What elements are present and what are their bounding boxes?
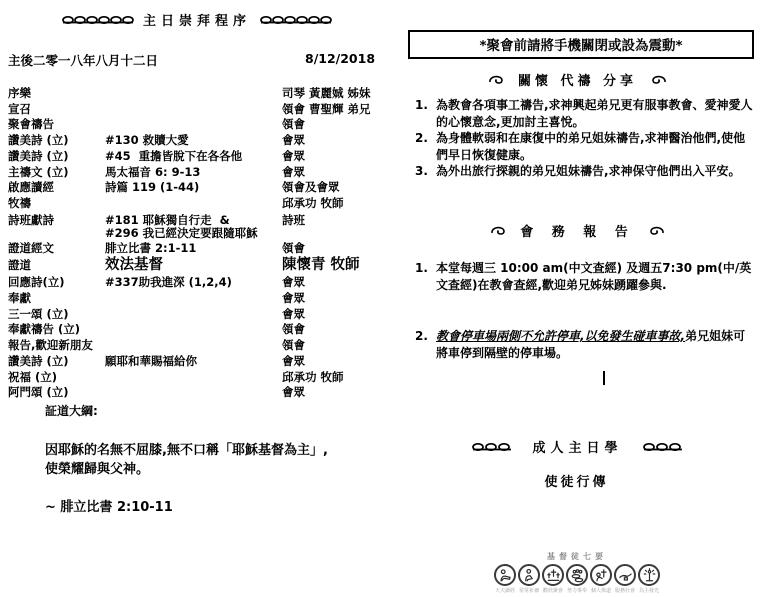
chain-ornament-icon [643,442,683,452]
date-numeric: 8/12/2018 [305,51,375,66]
program-row: 奉獻禱告 (立)領會 [8,322,396,338]
program-row: 宣召領會 曹聖輝 弟兄 [8,102,396,118]
leaf-ornament-icon [489,75,504,85]
sermon-outline-heading: 証道大綱: [45,402,390,419]
logo-caption: 歡欣聚會 [542,587,564,594]
announcement-item-2: 2. 教會停車場兩側不允許停車,以免發生碰車事故,弟兄姐妹可將車停到隔壁的停車場… [415,328,757,361]
program-row: 報告,歡迎新朋友領會 [8,338,396,354]
right-column: *聚會前請將手機關閉或設為震動* 關懷 代禱 分享 1.為教會各項事工禱告,求神… [405,0,758,597]
program-row: 序樂司琴 黃麗娍 姊妹 [8,86,396,102]
program-row: 阿門頌 (立)會眾 [8,385,396,401]
logo-caption: 為主發光 [638,587,660,594]
leaf-ornament-icon [491,226,506,236]
care-item: 1.為教會各項事工禱告,求神興起弟兄更有服事教會、愛神愛人的心懷意念,更加討主喜… [415,97,757,130]
chain-ornament-icon [260,15,332,25]
church-bulletin-page: 主日崇拜程序 主後二零一八年八月十二日 8/12/2018 序樂司琴 黃麗娍 姊… [0,0,760,597]
shining-light-icon [638,564,660,586]
logo-caption: 常常祈禱 [518,587,540,594]
program-row: 奉獻會眾 [8,291,396,307]
parking-warning-emphasis: 教會停車場兩側不允許停車,以免發生碰車事故, [436,329,685,343]
logo-caption: 努力事奉 [566,587,588,594]
bible-reading-icon [494,564,516,586]
announcement-item-1: 1.本堂每週三 10:00 am(中文查經) 及週五7:30 pm(中/英文查經… [415,260,757,293]
sermon-outline-section: 証道大綱: 因耶穌的名無不屈膝,無不口稱「耶穌基督為主」, 使榮耀歸與父神。 ~… [45,402,390,515]
program-row: 祝福 (立)邱承功 牧師 [8,370,396,386]
sermon-outline-reference: ~ 腓立比書 2:10-11 [45,496,390,515]
logo-caption: 個人佈道 [590,587,612,594]
logo-captions-row: 天天讀經 常常祈禱 歡欣聚會 努力事奉 個人佈道 服務社會 為主發光 [478,587,676,594]
sunday-school-topic: 使徒行傳 [405,471,748,490]
chain-ornament-icon [62,15,134,25]
logo-caption: 天天讀經 [494,587,516,594]
offering-icon [566,564,588,586]
care-section-heading: 關懷 代禱 分享 [405,70,750,89]
worship-program-list: 序樂司琴 黃麗娍 姊妹 宣召領會 曹聖輝 弟兄 聚會禱告領會 讚美詩 (立)#1… [8,86,396,401]
care-items-list: 1.為教會各項事工禱告,求神興起弟兄更有服事教會、愛神愛人的心懷意念,更加討主喜… [415,97,757,180]
logo-caption: 服務社會 [614,587,636,594]
seven-essentials-logo: 基督徒七要 [478,551,676,594]
program-row: 三一頌 (立)會眾 [8,307,396,323]
chain-ornament-icon [472,442,512,452]
leaf-ornament-icon [651,75,666,85]
announcements-heading: 會 務 報 告 [405,221,750,240]
program-row: 啟應讀經詩篇 119 (1-44)領會及會眾 [8,180,396,196]
program-row: 證道經文腓立比書 2:1-11領會 [8,241,396,257]
phone-notice-box: *聚會前請將手機關閉或設為震動* [408,30,754,59]
program-row: 主禱文 (立)馬太福音 6: 9-13會眾 [8,165,396,181]
prayer-icon [518,564,540,586]
service-icon [614,564,636,586]
care-item: 2.為身體軟弱和在康復中的弟兄姐妹禱告,求神醫治他們,使他們早日恢復健康。 [415,130,757,163]
program-row: 讚美詩 (立)願耶和華賜福給你會眾 [8,354,396,370]
evangelism-icon [590,564,612,586]
logo-icons-row [478,564,676,586]
date-chinese: 主後二零一八年八月十二日 [8,53,158,68]
leaf-ornament-icon [649,226,664,236]
program-row: 聚會禱告領會 [8,117,396,133]
program-row: 讚美詩 (立)#130 救贖大愛會眾 [8,133,396,149]
bulletin-title-row: 主日崇拜程序 [0,10,394,29]
sermon-outline-body: 因耶穌的名無不屈膝,無不口稱「耶穌基督為主」, 使榮耀歸與父神。 [45,441,390,479]
care-item: 3.為外出旅行探親的弟兄姐妹禱告,求神保守他們出入平安。 [415,163,757,180]
program-row: 回應詩(立)#337助我進深 (1,2,4)會眾 [8,275,396,291]
program-row-sermon: 證道效法基督陳懷青 牧師 [8,256,396,275]
gathering-icon [542,564,564,586]
page-title: 主日崇拜程序 [143,10,251,29]
text-cursor-artifact [603,371,605,385]
program-row: 讚美詩 (立)#45 重擔皆脫下在各各他會眾 [8,149,396,165]
program-row-choir: 詩班獻詩 #181 耶穌獨自行走 &#296 我已經決定要跟隨耶穌 詩班 [8,212,396,241]
sunday-school-heading: 成人主日學 [405,437,750,456]
date-row: 主後二零一八年八月十二日 8/12/2018 [8,51,394,69]
logo-title: 基督徒七要 [478,551,676,562]
program-row: 牧禱邱承功 牧師 [8,196,396,212]
